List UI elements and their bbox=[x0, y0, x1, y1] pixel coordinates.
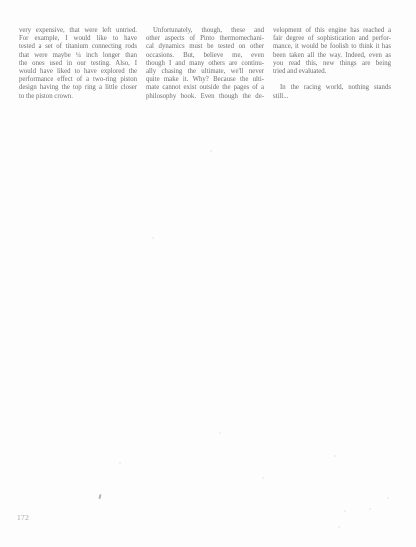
text-line: quite make it. Why? Because the ulti- bbox=[146, 76, 264, 84]
text-line: performance effect of a two-ring piston bbox=[19, 76, 137, 84]
text-line: very expensive, that were left untried. bbox=[19, 27, 137, 35]
text-line: other aspects of Pinto thermomechani- bbox=[146, 35, 264, 43]
scan-speck bbox=[387, 497, 389, 499]
text-line: Unfortunately, though, these and bbox=[146, 27, 264, 35]
text-line: For example, I would like to have bbox=[19, 35, 137, 43]
text-line: mance, it would be foolish to think it h… bbox=[273, 43, 391, 51]
text-line: you read this, new things are being bbox=[273, 60, 391, 68]
text-line: tested a set of titanium connecting rods bbox=[19, 43, 137, 51]
text-line: cal dynamics must be tested on other bbox=[146, 43, 264, 51]
text-line: philosophy book. Even though the de- bbox=[146, 93, 264, 101]
scan-speck bbox=[262, 477, 264, 479]
text-line: design having the top ring a little clos… bbox=[19, 84, 137, 92]
scan-speck bbox=[219, 432, 221, 434]
text-line: to the piston crown. bbox=[19, 93, 137, 101]
paragraph: very expensive, that were left untried.F… bbox=[19, 27, 137, 101]
text-line: the ones used in our testing. Also, I bbox=[19, 60, 137, 68]
paragraph: In the racing world, nothing standsstill… bbox=[273, 84, 391, 100]
text-line: been taken all the way. Indeed, even as bbox=[273, 52, 391, 60]
text-line: though I and many others are continu- bbox=[146, 60, 264, 68]
paragraph: Unfortunately, though, these andother as… bbox=[146, 27, 264, 101]
scan-speck bbox=[152, 237, 154, 239]
text-columns: very expensive, that were left untried.F… bbox=[19, 27, 392, 101]
text-column-2: Unfortunately, though, these andother as… bbox=[146, 27, 264, 101]
scan-speck bbox=[338, 526, 340, 528]
scanned-book-page: very expensive, that were left untried.F… bbox=[0, 0, 416, 547]
text-column-3: velopment of this engine has reached afa… bbox=[273, 27, 391, 101]
text-line: tried and evaluated. bbox=[273, 68, 391, 76]
scan-speck bbox=[369, 508, 371, 510]
text-line: would have liked to have explored the bbox=[19, 68, 137, 76]
page-number: 172 bbox=[17, 513, 29, 522]
text-line: occasions. But, believe me, even bbox=[146, 52, 264, 60]
paragraph: velopment of this engine has reached afa… bbox=[273, 27, 391, 76]
text-line: velopment of this engine has reached a bbox=[273, 27, 391, 35]
scan-speck bbox=[344, 510, 346, 512]
text-line: ally chasing the ultimate, we'll never bbox=[146, 68, 264, 76]
text-line: still... bbox=[273, 93, 391, 101]
scan-speck bbox=[119, 462, 121, 464]
stray-mark bbox=[98, 494, 101, 499]
text-line: that were maybe ¼ inch longer than bbox=[19, 52, 137, 60]
scan-speck bbox=[334, 455, 336, 457]
text-line: fair degree of sophistication and perfor… bbox=[273, 35, 391, 43]
text-line: mate cannot exist outside the pages of a bbox=[146, 84, 264, 92]
scan-speck bbox=[210, 150, 212, 152]
text-line: In the racing world, nothing stands bbox=[273, 84, 391, 92]
text-column-1: very expensive, that were left untried.F… bbox=[19, 27, 137, 101]
